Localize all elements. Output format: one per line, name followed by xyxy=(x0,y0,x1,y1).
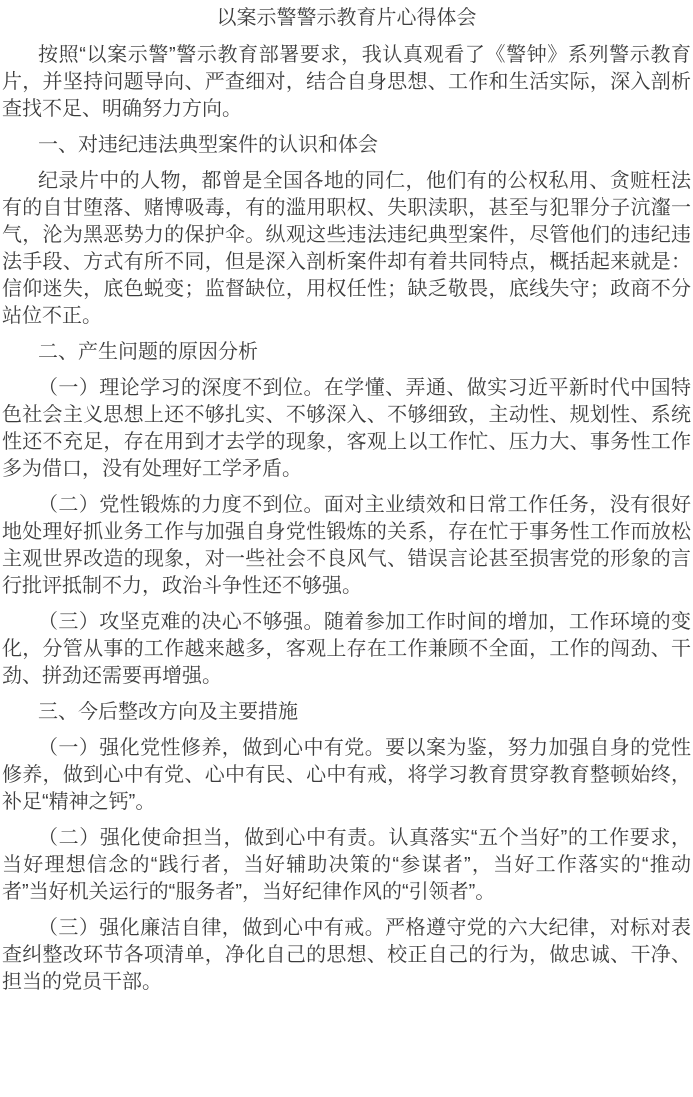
section-2-paragraph-1: （一）理论学习的深度不到位。在学懂、弄通、做实习近平新时代中国特色社会主义思想上… xyxy=(2,375,691,483)
section-3-paragraph-3: （三）强化廉洁自律，做到心中有戒。严格遵守党的六大纪律，对标对表查纠整改环节各项… xyxy=(2,915,691,996)
section-2-heading: 二、产生问题的原因分析 xyxy=(2,339,691,366)
document: 以案示警警示教育片心得体会 按照“以案示警”警示教育部署要求，我认真观看了《警钟… xyxy=(0,0,693,996)
section-2-paragraph-2: （二）党性锻炼的力度不到位。面对主业绩效和日常工作任务，没有很好地处理好抓业务工… xyxy=(2,492,691,600)
section-1-paragraph-1: 纪录片中的人物，都曾是全国各地的同仁，他们有的公权私用、贪赃枉法有的自甘堕落、赌… xyxy=(2,168,691,330)
section-3-paragraph-1: （一）强化党性修养，做到心中有党。要以案为鉴，努力加强自身的党性修养，做到心中有… xyxy=(2,735,691,816)
document-title: 以案示警警示教育片心得体会 xyxy=(2,5,691,32)
section-1-heading: 一、对违纪违法典型案件的认识和体会 xyxy=(2,132,691,159)
section-3-heading: 三、今后整改方向及主要措施 xyxy=(2,699,691,726)
section-3-paragraph-2: （二）强化使命担当，做到心中有责。认真落实“五个当好”的工作要求，当好理想信念的… xyxy=(2,825,691,906)
intro-paragraph: 按照“以案示警”警示教育部署要求，我认真观看了《警钟》系列警示教育片，并坚持问题… xyxy=(2,42,691,123)
section-2-paragraph-3: （三）攻坚克难的决心不够强。随着参加工作时间的增加，工作环境的变化，分管从事的工… xyxy=(2,609,691,690)
